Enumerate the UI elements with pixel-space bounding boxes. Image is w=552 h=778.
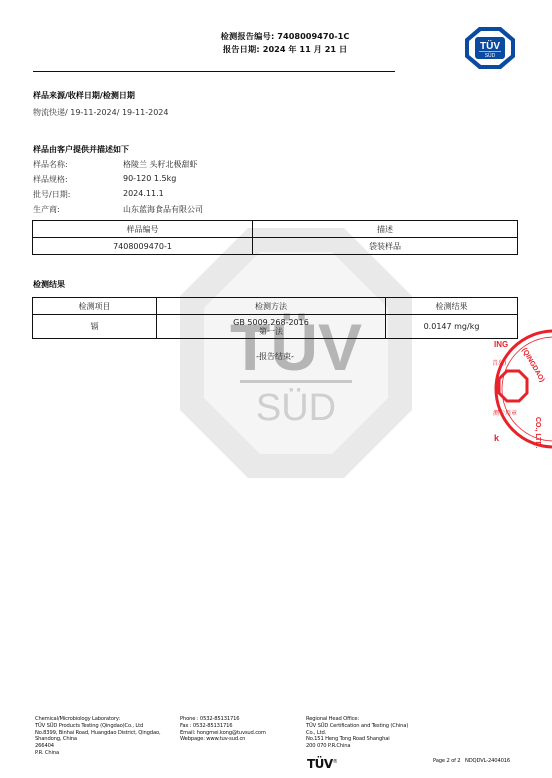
document-code: NDQDVL-2404016 (465, 758, 510, 764)
svg-text:青岛): 青岛) (492, 359, 506, 367)
col-header-test-item: 检测项目 (33, 298, 157, 315)
field-label-sample-name: 样品名称: (33, 159, 68, 170)
report-date-line: 报告日期: 2024 年 11 月 21 日 (150, 43, 420, 56)
registered-mark: ® (333, 759, 338, 765)
svg-text:k: k (494, 433, 500, 443)
footer-office-line: TÜV SÜD Certification and Testing (China… (306, 723, 431, 730)
footer-lab-line: 266404 (35, 743, 185, 750)
footer-email: Email: hongmei.kong@tuvsud.com (180, 730, 300, 737)
table-row: 7408009470-1 袋装样品 (33, 238, 518, 255)
field-value-batch-date: 2024.11.1 (123, 189, 164, 198)
tuv-sud-logo: TÜV SÜD (462, 26, 518, 70)
footer-office-line: 200 070 P.R.China (306, 743, 431, 750)
col-header-test-result: 检测结果 (386, 298, 518, 315)
results-table-header: 检测项目 检测方法 检测结果 (33, 298, 518, 315)
footer-lab-line: TÜV SÜD Products Testing (Qingdao)Co., L… (35, 723, 185, 730)
footer-page-info: Page 2 of 2 NDQDVL-2404016 (433, 758, 510, 765)
report-end-note: -报告结束- (200, 351, 350, 362)
report-number-label: 检测报告编号: (221, 31, 275, 41)
footer-fax: Fax : 0532-85131716 (180, 723, 300, 730)
method-variant: 第一法 (157, 327, 385, 336)
cell-test-method: GB 5009.268-2016 第一法 (157, 315, 386, 339)
footer-lab-line: No.8399, Binhai Road, Huangdao District,… (35, 730, 185, 737)
tuv-wordmark: TÜV (307, 757, 333, 771)
method-standard: GB 5009.268-2016 (157, 318, 385, 327)
footer-office-line: No.151 Heng Tong Road Shanghai (306, 736, 431, 743)
footer-lab-line: P.R. China (35, 750, 185, 757)
report-date: 2024 年 11 月 21 日 (263, 44, 347, 54)
field-label-manufacturer: 生产商: (33, 204, 60, 215)
sample-source-value: 物流快递/ 19-11-2024/ 19-11-2024 (33, 107, 168, 118)
company-seal-stamp: ING (QINGDAO) CO., LTD. 青岛) 测专用章 k (492, 327, 552, 452)
col-header-sample-id: 样品编号 (33, 221, 253, 238)
results-table: 检测项目 检测方法 检测结果 镉 GB 5009.268-2016 第一法 0.… (32, 297, 518, 339)
svg-text:ING: ING (494, 340, 508, 349)
svg-text:SÜD: SÜD (256, 387, 336, 429)
sample-info-title: 样品由客户提供并描述如下 (33, 144, 129, 155)
footer-webpage: Webpage: www.tuv-sud.cn (180, 736, 300, 743)
field-label-sample-spec: 样品规格: (33, 174, 68, 185)
table-row: 镉 GB 5009.268-2016 第一法 0.0147 mg/kg (33, 315, 518, 339)
sample-table: 样品编号 描述 7408009470-1 袋装样品 (32, 220, 518, 255)
header-divider (33, 71, 395, 72)
svg-text:CO., LTD.: CO., LTD. (534, 417, 541, 448)
svg-text:TÜV: TÜV (480, 39, 500, 52)
footer-head-office: Regional Head Office: TÜV SÜD Certificat… (306, 716, 431, 750)
footer-lab-line: Shandong, China (35, 736, 185, 743)
sample-table-header: 样品编号 描述 (33, 221, 518, 238)
report-date-label: 报告日期: (223, 44, 260, 54)
svg-text:测专用章: 测专用章 (493, 409, 517, 417)
results-title: 检测结果 (33, 279, 65, 290)
col-header-test-method: 检测方法 (157, 298, 386, 315)
field-value-sample-name: 格陵兰 头籽北极甜虾 (123, 159, 198, 170)
footer-office-line: Regional Head Office: (306, 716, 431, 723)
cell-sample-id: 7408009470-1 (33, 238, 253, 255)
field-value-sample-spec: 90-120 1.5kg (123, 174, 176, 183)
col-header-description: 描述 (253, 221, 518, 238)
footer-contact: Phone : 0532-85131716 Fax : 0532-8513171… (180, 716, 300, 743)
footer-phone: Phone : 0532-85131716 (180, 716, 300, 723)
cell-description: 袋装样品 (253, 238, 518, 255)
footer-lab-address: Chemical/Microbiology Laboratory: TÜV SÜ… (35, 716, 185, 757)
report-number-line: 检测报告编号: 7408009470-1C (150, 30, 420, 43)
footer-tuv-mark: TÜV® (307, 757, 337, 771)
field-value-manufacturer: 山东蓝海食品有限公司 (123, 204, 203, 215)
footer-lab-line: Chemical/Microbiology Laboratory: (35, 716, 185, 723)
svg-text:SÜD: SÜD (485, 52, 496, 59)
footer-office-line: Co., Ltd. (306, 730, 431, 737)
page-number: Page 2 of 2 (433, 758, 460, 764)
field-label-batch-date: 批号/日期: (33, 189, 70, 200)
sample-source-title: 样品来源/收样日期/检测日期 (33, 90, 135, 101)
cell-test-item: 镉 (33, 315, 157, 339)
report-number: 7408009470-1C (277, 31, 349, 41)
